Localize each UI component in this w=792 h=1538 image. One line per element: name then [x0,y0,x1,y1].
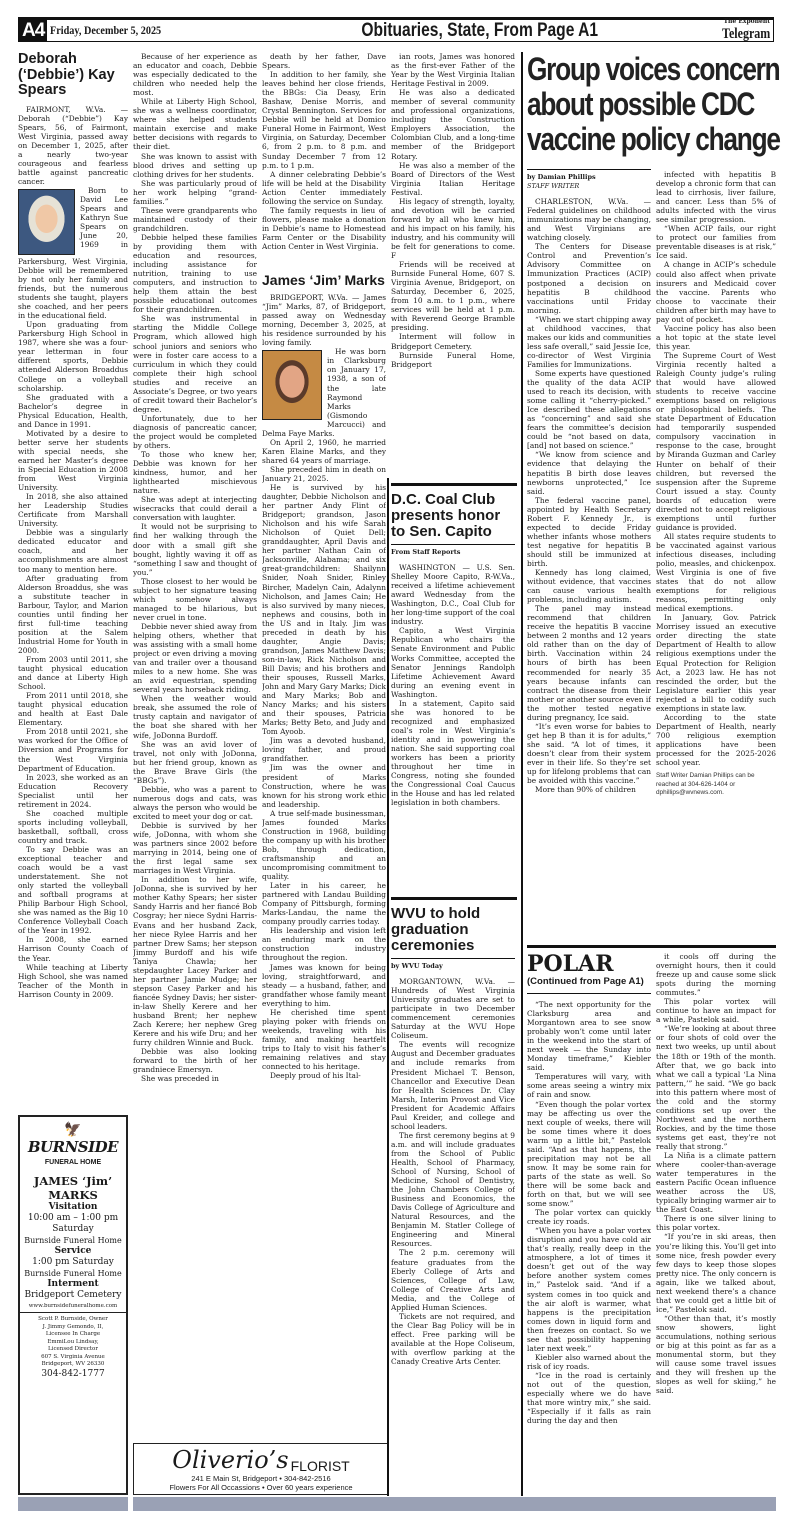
section-divider [527,945,776,948]
paragraph: Interment will follow in Bridgeport Ceme… [391,332,515,350]
paragraph: To say Debbie was an exceptional teacher… [18,845,128,935]
column-divider [521,52,523,1496]
section-divider [391,483,517,486]
burnside-logo: BURNSIDE [20,1137,126,1157]
paragraph: He is survived by his daughter, Debbie N… [262,483,386,736]
paragraph: Debbie is survived by her wife, JoDonna,… [133,821,257,875]
column-divider [387,478,389,1496]
debbie-spears-photo [18,189,75,255]
eagle-icon: 🦅 [20,1123,126,1137]
spears-obituary-col1: Deborah (‘Debbie’) Kay Spears FAIRMONT, … [18,52,128,1092]
paragraph: In 2008, she earned Harrison County Coac… [18,935,128,962]
paragraph: Jim was a devoted husband, loving father… [262,736,386,763]
staff-line: Licensee In Charge [20,1331,126,1339]
paragraph: It would not be surprising to find her w… [133,522,257,576]
page-number: A4 [19,20,47,41]
staff-line: EmmiLou Lindsay, [20,1339,126,1347]
paragraph: Friends will be received at Burnside Fun… [391,260,515,332]
phone-number: 304-842-1777 [20,1369,126,1380]
paragraph: Those closest to her would be subject to… [133,577,257,622]
spears-headline: Deborah (‘Debbie’) Kay Spears [18,52,128,99]
logo-small-text: The Exponent [710,19,770,25]
paragraph: “When we start chipping away at childhoo… [527,315,651,369]
paragraph: The Centers for Disease Control and Prev… [527,242,651,314]
paragraph: Debbie helped these families by providin… [133,233,257,314]
paragraph: On April 2, 1960, he married Karen Elain… [262,438,386,465]
paragraph: The events will recognize August and Dec… [391,1040,515,1130]
cdc-article-col1: by Damian Phillips STAFF WRITER CHARLEST… [527,165,651,925]
paragraph: WASHINGTON — U.S. Sen. Shelley Moore Cap… [391,563,515,626]
paragraph: The federal vaccine panel, appointed by … [527,496,651,568]
cdc-article-col2: infected with hepatitis B develop a chro… [656,170,776,925]
jim-marks-photo [262,350,322,420]
paragraph: To those who knew her, Debbie was known … [133,450,257,495]
section-title: Obituaries, State, From Page A1 [292,20,669,42]
website-link[interactable]: www.burnsidefuneralhome.com [20,1301,126,1313]
paragraph: Kiebler also warned about the risk of ic… [527,1353,651,1371]
florist-tagline: Flowers For All Occassions • Over 60 yea… [134,1483,388,1492]
paragraph: Unfortunately, due to her diagnosis of p… [133,414,257,450]
florist-address-phone: 241 E Main St, Bridgeport • 304-842-2516 [134,1474,388,1483]
marks-headline: James ‘Jim’ Marks [262,273,386,288]
paragraph: She was preceded in [133,1074,257,1083]
paragraph: She coached multiple sports including vo… [18,809,128,845]
paragraph: it cools off during the overnight hours,… [656,952,776,997]
visitation-place: Burnside Funeral Home [20,1235,126,1246]
paragraph: She was adept at interjecting wisecracks… [133,495,257,522]
paragraph: In 2023, she worked as an Education Reco… [18,773,128,809]
paragraph: She was particularly proud of her work h… [133,179,257,206]
paragraph: She was instrumental in starting the Mid… [133,314,257,414]
visitation-day: Saturday [20,1224,126,1235]
paragraph: Motivated by a desire to better serve he… [18,429,128,492]
paragraph: The first ceremony begins at 9 a.m. and … [391,1131,515,1249]
paragraph: From 2011 until 2018, she taught physica… [18,691,128,727]
paragraph: A change in ACIP’s schedule could also a… [656,260,776,323]
paragraph: When the weather would break, she assume… [133,694,257,739]
staff-list: Scott P. Burnside, Owner J. Jimmy Gemond… [20,1316,126,1369]
marks-obituary-col4: ian roots, James was honored as the firs… [391,52,515,447]
polar-article-col1: POLAR (Continued from Page A1) “The next… [527,952,651,1497]
florist-script-name: Oliverio’s [172,1446,288,1474]
paragraph: Some experts have questioned the quality… [527,369,651,450]
paragraph: The family requests in lieu of flowers, … [262,206,386,251]
paragraph: A true self-made businessman, James foun… [262,809,386,881]
deceased-surname: MARKS [20,1188,126,1202]
paragraph: CHARLESTON, W.Va. — Federal guidelines o… [527,197,651,242]
author-tagline: Staff Writer Damian Phillips can be reac… [656,772,776,798]
paragraph: Tickets are not required, and the Clear … [391,1312,515,1366]
ad-shadow-band [18,1497,128,1511]
paragraph: From 2003 until 2011, she taught physica… [18,655,128,691]
paragraph: In 2018, she also attained her Leadershi… [18,492,128,528]
paragraph: The polar vortex can quickly create icy … [527,1208,651,1226]
paragraph: More than 90% of children [527,785,651,794]
paragraph: “Ice in the road is certainly not out of… [527,1371,651,1425]
paragraph: In addition to her family, she leaves be… [262,70,386,170]
byline-role: STAFF WRITER [527,182,651,191]
paragraph: Deeply proud of his Ital- [262,1071,386,1080]
paragraph: Debbie, who was a parent to numerous dog… [133,785,257,821]
visitation-label: Visitation [20,1202,126,1213]
burnside-funeral-home-ad: 🦅 BURNSIDE FUNERAL HOME JAMES ‘Jim’ MARK… [18,1115,128,1495]
address-line: 607 S. Virginia Avenue [20,1354,126,1362]
paragraph: Vaccine policy has also been a hot topic… [656,324,776,351]
paragraph: “When you have a polar vortex disruption… [527,1226,651,1353]
paragraph: Because of her experience as an educator… [133,52,257,97]
paragraph: The Supreme Court of West Virginia recen… [656,351,776,532]
oliverios-florist-ad: Oliverio’s FLORIST 241 E Main St, Bridge… [133,1443,389,1495]
service-time: 1:00 pm Saturday [20,1257,126,1268]
paragraph: Capito, a West Virginia Republican who c… [391,626,515,698]
wvu-article: WVU to hold graduation ceremonies by WVU… [391,906,515,1496]
paragraph: From 2018 until 2021, she was worked for… [18,727,128,772]
paragraph: infected with hepatitis B develop a chro… [656,170,776,224]
paragraph: His leadership and vision left an enduri… [262,926,386,962]
paragraph: BRIDGEPORT, W.Va. — James “Jim” Marks, 8… [262,293,386,347]
service-place: Burnside Funeral Home [20,1268,126,1279]
paragraph: These were grandparents who maintained c… [133,206,257,233]
ad-shadow-band [133,1497,389,1511]
paragraph: She graduated with a Bachelor’s degree i… [18,393,128,429]
masthead: A4 Friday, December 5, 2025 Obituaries, … [18,17,774,42]
paragraph: “If you’re in ski areas, then you’re lik… [656,1232,776,1313]
polar-article-col2: it cools off during the overnight hours,… [656,952,776,1497]
paragraph: Kennedy has long claimed, without eviden… [527,568,651,604]
paragraph: In a statement, Capito said she was hono… [391,699,515,808]
section-divider [391,897,517,900]
paragraph: “Other than that, it’s mostly snow showe… [656,1314,776,1395]
paragraph: “Even though the polar vortex may be aff… [527,1100,651,1209]
paragraph: James was known for being loving, straig… [262,963,386,1008]
paragraph: He was also a dedicated member of severa… [391,88,515,160]
paragraph: “When ACIP fails, our right to protect o… [656,224,776,260]
staff-line: Scott P. Burnside, Owner [20,1316,126,1324]
paragraph: Burnside Funeral Home, Bridgeport [391,351,515,369]
deceased-name: JAMES ‘Jim’ [20,1174,126,1188]
paragraph: Debbie never shied away from helping oth… [133,622,257,694]
visitation-time: 10:00 am – 1:00 pm [20,1213,126,1224]
paragraph: All states require students to be vaccin… [656,532,776,613]
paragraph: Jim was the owner and president of Marks… [262,763,386,808]
paragraph: Debbie was also looking forward to the b… [133,1047,257,1074]
paragraph: She preceded him in death on January 21,… [262,465,386,483]
byline-name: by Damian Phillips [527,173,596,181]
paragraph: A dinner celebrating Debbie’s life will … [262,170,386,206]
paragraph: He was also a member of the Board of Dir… [391,161,515,197]
wvu-headline: WVU to hold graduation ceremonies [391,906,515,954]
page-bottom-band [389,1497,776,1511]
paragraph: Debbie was a singularly dedicated educat… [18,528,128,573]
paragraph: After graduating from Alderson Broaddus,… [18,574,128,655]
paragraph: This polar vortex will continue to have … [656,997,776,1024]
polar-subhead: (Continued from Page A1) [527,976,651,994]
polar-headline: POLAR [527,952,651,976]
paragraph: La Niña is a climate pattern where coole… [656,1151,776,1214]
paragraph: The panel may instead recommend that chi… [527,604,651,722]
paragraph: There is one silver lining to this polar… [656,1214,776,1232]
paragraph: In addition to her wife, JoDonna, she is… [133,875,257,1047]
paragraph: Temperatures will vary, with some areas … [527,1072,651,1099]
paragraph: In January, Gov. Patrick Morrisey issued… [656,613,776,713]
capito-article: D.C. Coal Club presents honor to Sen. Ca… [391,492,515,892]
paragraph: His legacy of strength, loyalty, and dev… [391,197,515,260]
paragraph: “The next opportunity for the Clarksburg… [527,1000,651,1072]
staff-line: Licensed Director [20,1346,126,1354]
address-line: Bridgeport, WV 26330 [20,1361,126,1369]
newspaper-logo: The Exponent Telegram [710,19,773,42]
spears-obituary-col2: Because of her experience as an educator… [133,52,257,1482]
staff-line: J. Jimmy Gemondo, II, [20,1324,126,1332]
paragraph: “We know from science and evidence that … [527,450,651,495]
paragraph: While teaching at Liberty High School, s… [18,963,128,999]
paragraph: “We’re looking at about three or four sh… [656,1024,776,1151]
issue-date: Friday, December 5, 2025 [50,23,220,38]
interment-label: Interment [20,1279,126,1290]
paragraph: She was known to assist with blood drive… [133,152,257,179]
interment-place: Bridgeport Cemetery [20,1290,126,1301]
paragraph: Upon graduating from Parkersburg High Sc… [18,320,128,392]
paragraph: She was an avid lover of travel, not onl… [133,740,257,785]
paragraph: MORGANTOWN, W.Va. — Hundreds of West Vir… [391,977,515,1040]
cdc-headline: Group voices concern about possible CDC … [527,52,789,157]
paragraph: The 2 p.m. ceremony will feature graduat… [391,1248,515,1311]
wvu-byline: by WVU Today [391,958,515,971]
logo-subtitle: FUNERAL HOME [20,1157,126,1168]
paragraph: While at Liberty High School, she was a … [133,97,257,151]
paragraph: FAIRMONT, W.Va. — Deborah (“Debbie”) Kay… [18,105,128,186]
paragraph: According to the state Department of Hea… [656,713,776,767]
service-label: Service [20,1246,126,1257]
capito-byline: From Staff Reports [391,544,515,557]
paragraph: death by her father, Dave Spears. [262,52,386,70]
paragraph: “It’s even worse for babies to get hep B… [527,722,651,785]
cdc-byline: by Damian Phillips STAFF WRITER [527,169,651,191]
logo-big-text: Telegram [722,27,770,42]
paragraph: Later in his career, he partnered with L… [262,881,386,926]
spears-marks-col3: death by her father, Dave Spears. In add… [262,52,386,1482]
paragraph: ian roots, James was honored as the firs… [391,52,515,88]
florist-word: FLORIST [291,1458,350,1474]
capito-headline: D.C. Coal Club presents honor to Sen. Ca… [391,492,515,540]
paragraph: He cherished time spent playing poker wi… [262,1008,386,1071]
